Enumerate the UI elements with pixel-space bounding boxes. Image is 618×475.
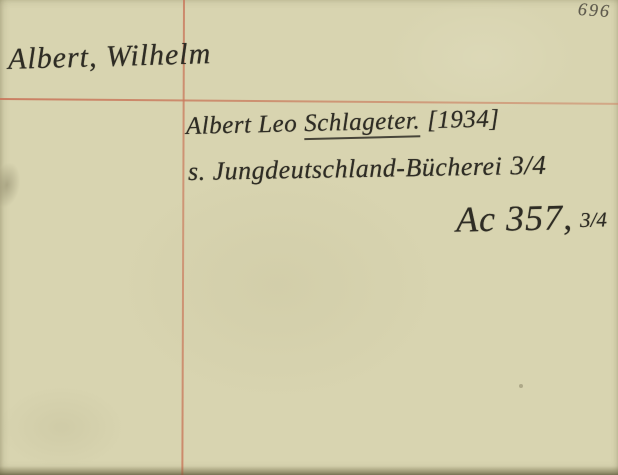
entry-volume-fraction: 3/4 (510, 150, 547, 181)
entry-author-part: Albert Leo (186, 110, 298, 140)
entry-line-1: Albert LeoSchlageter.[1934] (186, 105, 500, 141)
shelfmark: Ac 357,3/4 (456, 195, 608, 240)
catalog-card: 696 Albert, Wilhelm Albert LeoSchlageter… (0, 0, 618, 475)
entry-reference: s. Jungdeutschland-Bücherei (188, 152, 503, 186)
entry-title-underlined: Schlageter. (304, 107, 421, 140)
entry-line-2: s. Jungdeutschland-Bücherei3/4 (188, 150, 547, 187)
paper-smudge (0, 160, 24, 210)
corner-number: 696 (577, 0, 611, 22)
author-heading: Albert, Wilhelm (8, 37, 212, 77)
card-bottom-edge-shadow (0, 466, 618, 475)
shelfmark-code: Ac 357, (456, 197, 574, 239)
paper-speck (519, 384, 523, 388)
horizontal-ruling-line (0, 98, 618, 105)
shelfmark-fraction: 3/4 (580, 207, 607, 232)
entry-year: [1934] (427, 105, 500, 134)
